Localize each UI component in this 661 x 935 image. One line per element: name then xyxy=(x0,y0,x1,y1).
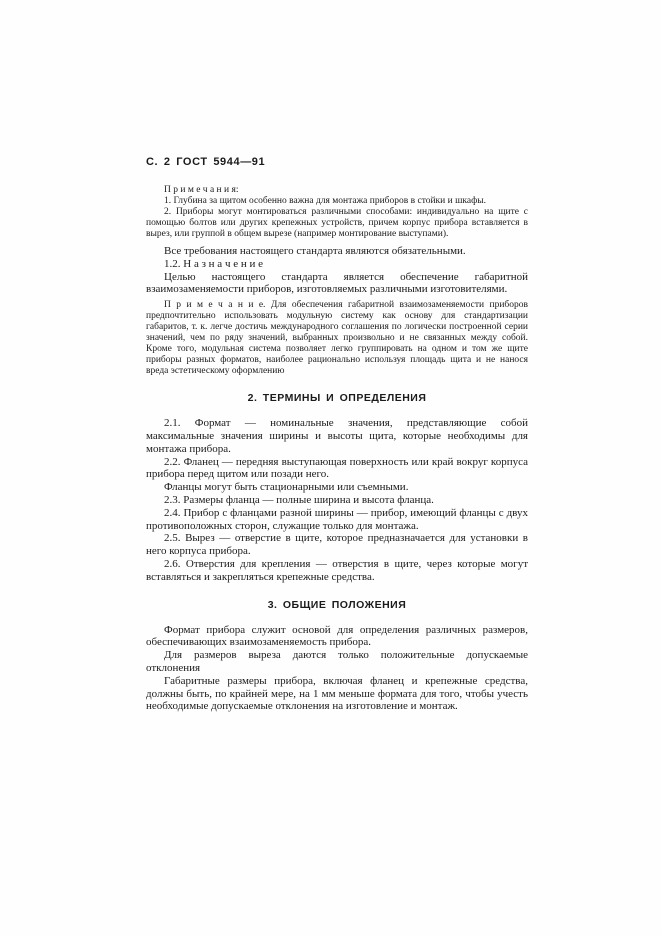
paragraph-requirements: Все требования настоящего стандарта явля… xyxy=(146,245,528,258)
general-paragraph-2: Для размеров выреза даются только положи… xyxy=(146,649,528,675)
notes-label: П р и м е ч а н и я: xyxy=(146,185,528,196)
note-modular-system: П р и м е ч а н и е. Для обеспечения габ… xyxy=(146,300,528,377)
note-item-1: 1. Глубина за щитом особенно важна для м… xyxy=(146,196,528,207)
term-format: 2.1. Формат — номинальные значения, пред… xyxy=(146,417,528,455)
term-flange: 2.2. Фланец — передняя выступающая повер… xyxy=(146,456,528,482)
general-paragraph-1: Формат прибора служит основой для опреде… xyxy=(146,624,528,650)
running-header: С. 2 ГОСТ 5944—91 xyxy=(146,156,528,168)
subheading-appointment: 1.2. Н а з н а ч е н и е xyxy=(146,258,528,271)
notes-block: П р и м е ч а н и я: 1. Глубина за щитом… xyxy=(146,185,528,240)
term-flange-note: Фланцы могут быть стационарными или съем… xyxy=(146,481,528,494)
section-heading-terms: 2. ТЕРМИНЫ И ОПРЕДЕЛЕНИЯ xyxy=(146,392,528,404)
term-cutout: 2.5. Вырез — отверстие в щите, которое п… xyxy=(146,532,528,558)
term-mounting-holes: 2.6. Отверстия для крепления — отверстия… xyxy=(146,558,528,584)
text-column: С. 2 ГОСТ 5944—91 П р и м е ч а н и я: 1… xyxy=(146,156,528,713)
paragraph-goal: Целью настоящего стандарта является обес… xyxy=(146,271,528,297)
section-heading-general: 3. ОБЩИЕ ПОЛОЖЕНИЯ xyxy=(146,599,528,611)
scanned-document-page: С. 2 ГОСТ 5944—91 П р и м е ч а н и я: 1… xyxy=(0,0,661,935)
term-flange-sizes: 2.3. Размеры фланца — полные ширина и вы… xyxy=(146,494,528,507)
note-item-2: 2. Приборы могут монтироваться различным… xyxy=(146,207,528,240)
term-device-flanges: 2.4. Прибор с фланцами разной ширины — п… xyxy=(146,507,528,533)
general-paragraph-3: Габаритные размеры прибора, включая флан… xyxy=(146,675,528,713)
